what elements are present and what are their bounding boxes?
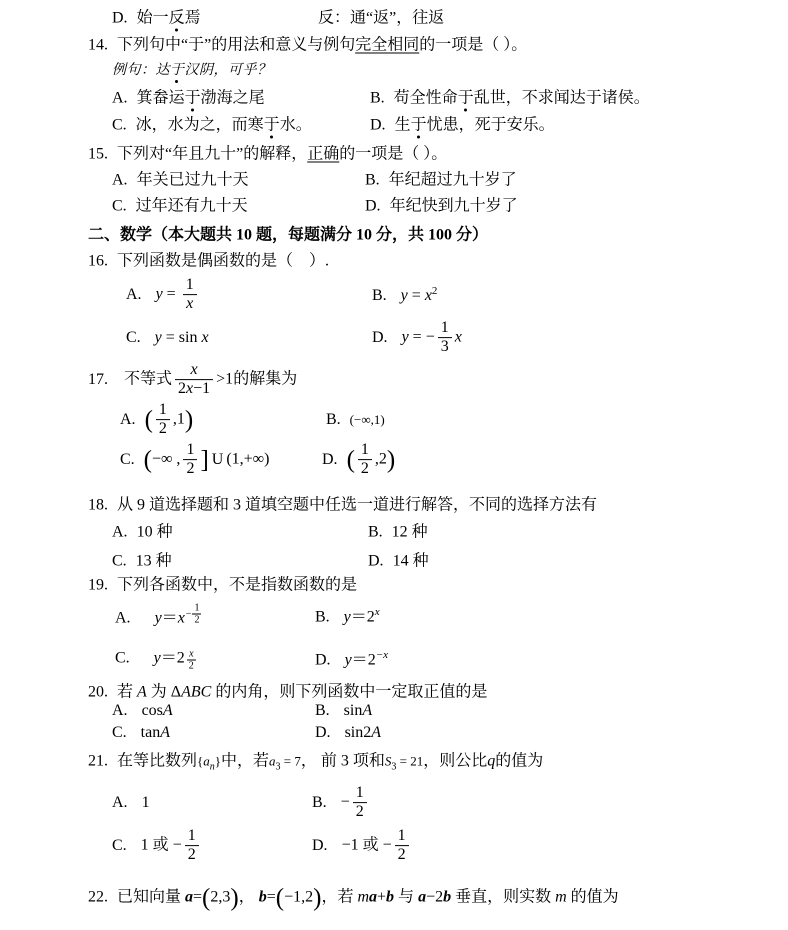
math-var: m — [555, 889, 567, 906]
option-label: B. — [372, 287, 387, 304]
q22-stem: 22.已知向量 a=(2,3)， b=(−1,2)，若 ma+b 与 a−2b … — [88, 884, 619, 911]
fraction-denominator: 2 — [183, 460, 197, 479]
q19-stem-row: 19.下列各函数中，不是指数函数的是 — [0, 572, 788, 594]
math-var: A — [160, 724, 170, 741]
option-label: D. — [372, 329, 388, 346]
math-op: ＝ — [352, 652, 368, 669]
q20-option-a: A.cosA — [112, 702, 173, 720]
math-base: 2 — [367, 609, 375, 626]
stem-text: 与 — [394, 889, 418, 906]
emphasized-char: 反 — [169, 10, 185, 27]
fraction-numerator: 1 — [156, 401, 170, 419]
question-number: 20. — [88, 684, 108, 701]
option-label: B. — [370, 90, 385, 107]
math-text: ,1 — [173, 411, 185, 428]
q13-option-d-row: D.始一反焉 反：通“返”，往返 — [0, 5, 788, 27]
q17-stem-row: 17.不等式x2x−1>1的解集为 — [0, 361, 788, 399]
q20-stem: 20.若 A 为 ΔABC 的内角，则下列函数中一定取正值的是 — [88, 679, 487, 702]
q21-option-d: D.−1 或 −12 — [312, 827, 412, 865]
stem-text: ， 前 3 项和 — [301, 753, 385, 770]
fraction-numerator: 1 — [185, 827, 199, 845]
question-number: 22. — [88, 889, 108, 906]
q18-option-b: B.12 种 — [368, 519, 428, 542]
math-op: + — [377, 889, 386, 906]
option-label: B. — [365, 172, 380, 189]
big-paren: ) — [230, 884, 238, 911]
stem-text: ， — [239, 889, 259, 906]
option-label: A. — [112, 90, 128, 107]
math-var: y — [155, 329, 162, 346]
math-text: 1 或 − — [141, 837, 182, 854]
math-fn: cos — [142, 702, 163, 719]
option-label: D. — [365, 198, 381, 215]
big-paren: ) — [185, 407, 193, 434]
math-var: A — [371, 724, 381, 741]
option-label: A. — [112, 172, 128, 189]
math-expr: S3 = 21 — [385, 754, 423, 769]
vector-var: a — [418, 889, 426, 906]
q15-stem-row: 15.下列对“年且九十”的解释，正确的一项是（ ）。 — [0, 141, 788, 163]
math-op: −2 — [426, 889, 443, 906]
math-fraction: 12 — [192, 603, 201, 626]
underlined-text: 完全相同 — [355, 37, 419, 54]
fraction-denominator: 2x−1 — [175, 380, 213, 399]
math-fraction: 1x — [183, 276, 197, 314]
option-label: D. — [312, 837, 328, 854]
superscript-fraction: x2 — [186, 649, 197, 672]
math-fraction: 12 — [353, 784, 367, 822]
option-text: 10 种 — [137, 524, 173, 541]
option-text: 乱世，不求闻达于诸侯。 — [474, 90, 650, 107]
option-label: C. — [112, 837, 127, 854]
stem-text: 的一项是（ ）。 — [419, 37, 527, 54]
q17-option-d: D.(12,2) — [322, 441, 395, 479]
q21-option-b: B.−12 — [312, 784, 370, 822]
emphasized-char: 于 — [458, 90, 474, 107]
q16-stem-row: 16.下列函数是偶函数的是（ ）. — [0, 248, 788, 270]
fraction-numerator: x — [175, 361, 213, 379]
math-op: = 7 — [281, 754, 301, 769]
option-text: 年纪超过九十岁了 — [389, 172, 517, 189]
big-paren: ( — [347, 447, 355, 474]
question-number: 14. — [88, 37, 108, 54]
q15-option-c: C.过年还有九十天 — [112, 193, 248, 216]
vector-value: 2,3 — [210, 889, 230, 906]
stem-text: 下列函数是偶函数的是（ ）. — [117, 253, 329, 270]
option-text: 14 种 — [393, 553, 429, 570]
fraction-denominator: 2 — [187, 660, 196, 672]
q19-options-ab-row: A.y＝x−12 B.y＝2x — [0, 597, 788, 633]
option-label: A. — [112, 794, 128, 811]
math-var: x — [455, 329, 462, 346]
option-label: C. — [112, 553, 127, 570]
math-op: = — [193, 889, 202, 906]
q18-stem: 18.从 9 道选择题和 3 道填空题中任选一道进行解答，不同的选择方法有 — [88, 492, 597, 515]
math-fraction: 13 — [438, 319, 452, 357]
fraction-denominator: 2 — [395, 846, 409, 865]
math-var: y — [156, 286, 163, 303]
stem-text: 从 9 道选择题和 3 道填空题中任选一道进行解答，不同的选择方法有 — [117, 497, 597, 514]
option-label: C. — [112, 724, 127, 741]
q21-options-cd-row: C.1 或 −12 D.−1 或 −12 — [0, 824, 788, 868]
q19-options-cd-row: C.y＝2x2 D.y＝2−x — [0, 640, 788, 676]
math-var: y — [155, 610, 162, 627]
option-label: C. — [120, 451, 135, 468]
q18-stem-row: 18.从 9 道选择题和 3 道填空题中任选一道进行解答，不同的选择方法有 — [0, 492, 788, 514]
q14-stem-row: 14.下列句中“于”的用法和意义与例句完全相同的一项是（ ）。 — [0, 32, 788, 54]
q18-option-a: A.10 种 — [112, 519, 173, 542]
den-part: 2 — [178, 381, 186, 398]
option-label: B. — [326, 411, 341, 428]
q19-option-a: A.y＝x−12 — [115, 603, 202, 628]
stem-text: 不等式 — [124, 371, 172, 388]
big-bracket: ] — [200, 447, 208, 474]
stem-text: 的解集为 — [233, 371, 297, 388]
math-op: = — [408, 287, 425, 304]
q19-stem: 19.下列各函数中，不是指数函数的是 — [88, 572, 357, 595]
math-fraction: x2 — [187, 649, 196, 672]
q13-option-d: D.始一反焉 — [112, 5, 201, 28]
fraction-denominator: x — [183, 295, 197, 314]
q15-options-cd-row: C.过年还有九十天 D.年纪快到九十岁了 — [0, 193, 788, 215]
q15-options-ab-row: A.年关已过九十天 B.年纪超过九十岁了 — [0, 167, 788, 189]
option-label: B. — [368, 524, 383, 541]
math-op: ＝ — [162, 610, 178, 627]
q18-option-d: D.14 种 — [368, 548, 429, 571]
math-op: ＝ — [351, 609, 367, 626]
option-label: C. — [126, 329, 141, 346]
vector-var: b — [259, 889, 267, 906]
fraction-numerator: 1 — [395, 827, 409, 845]
option-label: D. — [370, 117, 386, 134]
math-superscript: −x — [376, 649, 388, 661]
stem-text: ，则公比 — [423, 753, 487, 770]
q21-option-a: A.1 — [112, 794, 150, 812]
math-var: y — [154, 650, 161, 667]
q17-options-ab-row: A.(12,1) B.(−∞,1) — [0, 399, 788, 441]
emphasized-char: 于 — [185, 90, 201, 107]
question-number: 19. — [88, 577, 108, 594]
q14-option-b: B.苟全性命于乱世，不求闻达于诸侯。 — [370, 85, 650, 108]
math-op: = sin — [162, 329, 202, 346]
fraction-denominator: 2 — [185, 846, 199, 865]
fraction-numerator: 1 — [358, 441, 372, 459]
math-var: y — [402, 329, 409, 346]
math-var: x — [201, 329, 208, 346]
option-label: A. — [112, 702, 128, 719]
math-text: −∞ , — [152, 451, 180, 468]
q21-option-c: C.1 或 −12 — [112, 827, 202, 865]
q16-option-d: D.y = −13x — [372, 319, 462, 357]
big-paren: ( — [144, 447, 152, 474]
q19-option-b: B.y＝2x — [315, 604, 380, 627]
option-text: 苟全性命 — [394, 90, 458, 107]
math-fraction: 12 — [183, 441, 197, 479]
math-expr: a3 = 7 — [269, 754, 301, 769]
fraction-numerator: 1 — [438, 319, 452, 337]
q16-option-b: B.y = x2 — [372, 285, 437, 305]
vector-var: b — [443, 889, 451, 906]
math-fraction: 12 — [395, 827, 409, 865]
q15-option-d: D.年纪快到九十岁了 — [365, 193, 518, 216]
option-text: 忧患，死于安乐。 — [427, 117, 555, 134]
vector-var: b — [386, 889, 394, 906]
math-superscript: x — [375, 606, 380, 618]
option-text: 始一 — [137, 10, 169, 27]
math-text: (−∞,1) — [350, 412, 385, 427]
math-fraction: 12 — [156, 401, 170, 439]
math-op: >1 — [216, 371, 233, 388]
fraction-numerator: 1 — [353, 784, 367, 802]
vector-value: −1,2 — [284, 889, 313, 906]
stem-text: 已知向量 — [117, 889, 185, 906]
q16-options-ab-row: A.y = 1x B.y = x2 — [0, 271, 788, 319]
q22-stem-row: 22.已知向量 a=(2,3)， b=(−1,2)，若 ma+b 与 a−2b … — [0, 877, 788, 917]
math-op: = — [163, 286, 180, 303]
stem-text: 在等比数列 — [117, 753, 197, 770]
math-var: A — [137, 684, 147, 701]
q14-stem: 14.下列句中“于”的用法和意义与例句完全相同的一项是（ ）。 — [88, 32, 527, 55]
q14-example: 例句：达于汉阴，可乎？ — [112, 59, 272, 79]
q14-options-ab-row: A.箕畚运于渤海之尾 B.苟全性命于乱世，不求闻达于诸侯。 — [0, 85, 788, 107]
option-text: 1 — [142, 794, 150, 811]
math-op: = — [267, 889, 276, 906]
union-symbol: U — [212, 451, 224, 468]
math-var: x — [425, 287, 432, 304]
option-label: B. — [315, 609, 330, 626]
emphasized-char: 于 — [411, 117, 427, 134]
option-label: A. — [126, 286, 142, 303]
q19-option-c: C.y＝2x2 — [115, 645, 197, 672]
example-text: 达 — [156, 63, 171, 78]
question-number: 18. — [88, 497, 108, 514]
option-label: C. — [112, 117, 127, 134]
q14-options-cd-row: C.冰，水为之，而寒于水。 D.生于忧患，死于安乐。 — [0, 112, 788, 134]
q20-options-cd-row: C.tanA D.sin2A — [0, 722, 788, 744]
question-number: 21. — [88, 753, 108, 770]
math-text: (1,+∞) — [226, 451, 269, 468]
stem-text: 的内角，则下列函数中一定取正值的是 — [211, 684, 487, 701]
option-text: 水。 — [280, 117, 312, 134]
math-fn: tan — [141, 724, 161, 741]
example-label: 例句： — [112, 63, 156, 78]
den-part: −1 — [193, 381, 210, 398]
q20-option-b: B.sinA — [315, 702, 372, 720]
question-number: 15. — [88, 146, 108, 163]
exam-page: D.始一反焉 反：通“返”，往返 14.下列句中“于”的用法和意义与例句完全相同… — [0, 0, 788, 930]
q14-option-a: A.箕畚运于渤海之尾 — [112, 85, 265, 108]
fraction-denominator: 2 — [192, 614, 201, 626]
math-base: 2 — [177, 650, 185, 667]
math-var: y — [345, 652, 352, 669]
stem-text: 的一项是（ ）。 — [339, 146, 447, 163]
option-label: D. — [315, 652, 331, 669]
option-text: 过年还有九十天 — [136, 198, 248, 215]
stem-text: 下列句中“于”的用法和意义与例句 — [117, 37, 355, 54]
stem-text: 下列对“年且九十”的解释， — [117, 146, 307, 163]
option-text: 生 — [395, 117, 411, 134]
q19-option-d: D.y＝2−x — [315, 647, 388, 670]
example-text: 汉阴，可乎？ — [185, 63, 272, 78]
stem-text: 垂直，则实数 — [451, 889, 555, 906]
math-var: y — [401, 287, 408, 304]
q15-option-b: B.年纪超过九十岁了 — [365, 167, 517, 190]
fraction-numerator: 1 — [183, 441, 197, 459]
stem-text: 的值为 — [495, 753, 543, 770]
q16-option-a: A.y = 1x — [126, 276, 200, 314]
stem-text: 若 — [117, 684, 137, 701]
option-label: B. — [312, 794, 327, 811]
math-var: x — [178, 610, 185, 627]
math-fraction: 12 — [185, 827, 199, 865]
math-fn: sin2 — [345, 724, 372, 741]
q15-stem: 15.下列对“年且九十”的解释，正确的一项是（ ）。 — [88, 141, 447, 164]
q16-option-c: C.y = sin x — [126, 329, 209, 347]
q13-gloss: 反：通“返”，往返 — [318, 5, 444, 28]
option-text: 年关已过九十天 — [137, 172, 249, 189]
option-text: 13 种 — [136, 553, 172, 570]
sup-minus: − — [186, 609, 192, 620]
option-label: D. — [315, 724, 331, 741]
vector-var: a — [185, 889, 193, 906]
math-sequence: {an} — [197, 754, 221, 769]
option-label: C. — [115, 650, 130, 667]
math-var: A — [362, 702, 372, 719]
q21-stem: 21.在等比数列{an}中，若a3 = 7， 前 3 项和S3 = 21，则公比… — [88, 748, 543, 773]
q14-option-d: D.生于忧患，死于安乐。 — [370, 112, 555, 135]
option-text: 箕畚运 — [137, 90, 185, 107]
stem-text: 中，若 — [221, 753, 269, 770]
stem-text: 为 Δ — [147, 684, 181, 701]
underlined-text: 正确 — [307, 146, 339, 163]
q20-stem-row: 20.若 A 为 ΔABC 的内角，则下列函数中一定取正值的是 — [0, 679, 788, 701]
q20-option-d: D.sin2A — [315, 724, 381, 742]
option-text: 渤海之尾 — [201, 90, 265, 107]
option-text: 12 种 — [392, 524, 428, 541]
vector-var: a — [369, 889, 377, 906]
math-op: = − — [409, 329, 435, 346]
option-text: 焉 — [185, 10, 201, 27]
question-number: 17. — [88, 371, 108, 388]
fraction-denominator: 3 — [438, 338, 452, 357]
emphasized-char: 于 — [170, 63, 185, 78]
fraction-denominator: 2 — [353, 803, 367, 822]
superscript-fraction: −12 — [186, 603, 203, 626]
q21-stem-row: 21.在等比数列{an}中，若a3 = 7， 前 3 项和S3 = 21，则公比… — [0, 748, 788, 772]
option-label: D. — [112, 10, 128, 27]
q18-options-cd-row: C.13 种 D.14 种 — [0, 548, 788, 570]
question-number: 16. — [88, 253, 108, 270]
option-label: A. — [112, 524, 128, 541]
q14-option-c: C.冰，水为之，而寒于水。 — [112, 112, 312, 135]
math-base: 2 — [368, 652, 376, 669]
fraction-numerator: 1 — [183, 276, 197, 294]
fraction-numerator: x — [187, 649, 196, 660]
big-paren: ( — [276, 884, 284, 911]
option-label: D. — [322, 451, 338, 468]
stem-text: 下列各函数中，不是指数函数的是 — [117, 577, 357, 594]
math-text: ,2 — [375, 451, 387, 468]
q18-options-ab-row: A.10 种 B.12 种 — [0, 519, 788, 541]
q16-stem: 16.下列函数是偶函数的是（ ）. — [88, 248, 329, 271]
option-label: A. — [120, 411, 136, 428]
q16-options-cd-row: C.y = sin x D.y = −13x — [0, 316, 788, 360]
math-fraction: 12 — [358, 441, 372, 479]
option-label: A. — [115, 610, 131, 627]
option-label: D. — [368, 553, 384, 570]
fraction-denominator: 2 — [358, 460, 372, 479]
math-var: m — [357, 889, 369, 906]
q21-options-ab-row: A.1 B.−12 — [0, 781, 788, 825]
q17-stem: 17.不等式x2x−1>1的解集为 — [88, 361, 297, 399]
math-fraction: x2x−1 — [175, 361, 213, 399]
math-text: −1 或 − — [342, 837, 392, 854]
q18-option-c: C.13 种 — [112, 548, 172, 571]
stem-text: ，若 — [321, 889, 357, 906]
q14-example-row: 例句：达于汉阴，可乎？ — [0, 58, 788, 80]
math-fn: sin — [344, 702, 363, 719]
option-label: C. — [112, 198, 127, 215]
q20-option-c: C.tanA — [112, 724, 170, 742]
math-superscript: 2 — [432, 285, 438, 297]
emphasized-char: 于 — [264, 117, 280, 134]
q17-option-b: B.(−∞,1) — [326, 411, 385, 429]
q15-option-a: A.年关已过九十天 — [112, 167, 249, 190]
option-label: B. — [315, 702, 330, 719]
big-paren: ( — [145, 407, 153, 434]
math-var: ABC — [181, 684, 211, 701]
option-text: 年纪快到九十岁了 — [390, 198, 518, 215]
fraction-denominator: 2 — [156, 420, 170, 439]
math-var: A — [163, 702, 173, 719]
q17-options-cd-row: C.(−∞ ,12]U(1,+∞) D.(12,2) — [0, 439, 788, 481]
stem-text: 的值为 — [567, 889, 619, 906]
math-op: − — [341, 794, 350, 811]
q20-options-ab-row: A.cosA B.sinA — [0, 700, 788, 722]
q17-option-c: C.(−∞ ,12]U(1,+∞) — [120, 441, 269, 479]
math-op: ＝ — [161, 650, 177, 667]
math-var: y — [344, 609, 351, 626]
option-text: 冰，水为之，而寒 — [136, 117, 264, 134]
big-paren: ) — [387, 447, 395, 474]
section-title: 二、数学（本大题共 10 题，每题满分 10 分，共 100 分） — [88, 222, 488, 245]
section-header-row: 二、数学（本大题共 10 题，每题满分 10 分，共 100 分） — [0, 222, 788, 244]
q17-option-a: A.(12,1) — [120, 401, 193, 439]
fraction-numerator: 1 — [192, 603, 201, 614]
math-op: = 21 — [396, 754, 423, 769]
